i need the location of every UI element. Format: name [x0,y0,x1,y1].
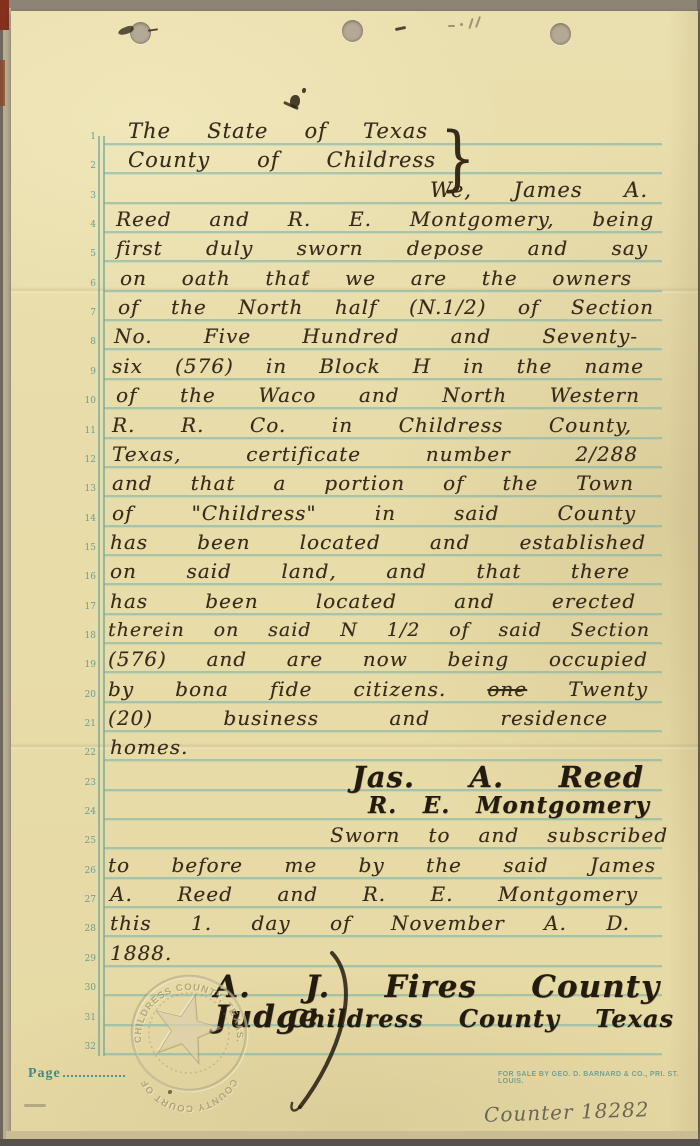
manuscript-line-21: (20) business and residence [108,703,608,733]
line-number-2: 2 [74,161,96,171]
manuscript-line-26: to before me by the said James [108,850,656,880]
punch-hole-3 [550,23,571,45]
manuscript-line-18: therein on said N 1/2 of said Section [108,615,650,645]
manuscript-line-7: of the North half (N.1/2) of Section [118,292,654,322]
manuscript-line-19: (576) and are now being occupied [108,644,648,674]
manuscript-line-15: has been located and established [110,527,646,557]
scanned-document: 1234567891011121314151617181920212223242… [0,0,700,1146]
line-number-12: 12 [74,455,96,465]
manuscript-text: Twenty [527,677,648,701]
page-label: Page [28,1066,125,1082]
line-number-28: 28 [74,924,96,934]
faint-pencil-marks [448,25,455,27]
manuscript-line-25: Sworn to and subscribed [330,820,668,850]
manuscript-line-14: of "Childress" in said County [112,498,636,528]
line-number-20: 20 [74,690,96,700]
line-number-21: 21 [74,719,96,729]
manuscript-line-13: and that a portion of the Town [112,468,634,498]
line-number-6: 6 [74,279,96,289]
line-number-4: 4 [74,220,96,230]
signature-jas-a-reed: Jas. A. Reed [352,762,644,792]
line-number-25: 25 [74,836,96,846]
manuscript-line-6: on oath that we are the owners [120,263,632,293]
pencil-smudge [24,1104,46,1107]
manuscript-line-27: A. Reed and R. E. Montgomery [110,879,638,909]
manuscript-line-16: on said land, and that there [110,556,630,586]
manuscript-line-22: homes. [110,732,188,762]
embossed-county-seal: CHILDRESS COUNTY, TEXAS. CHILDRESS COUNT… [104,950,274,1120]
line-number-16: 16 [74,572,96,582]
manuscript-line-12: Texas, certificate number 2/288 [112,439,638,469]
punch-hole-2 [342,20,363,42]
manuscript-line-4: Reed and R. E. Montgomery, being [116,204,654,234]
line-number-26: 26 [74,866,96,876]
margin-rule-inner [103,136,105,1056]
manuscript-line-8: No. Five Hundred and Seventy- [114,321,638,351]
header-brace: } [440,118,476,199]
line-number-31: 31 [74,1013,96,1023]
backing-edge-bottom [0,1139,700,1146]
paper-curl-shadow [668,11,698,1132]
manuscript-line-1: The State of Texas [128,116,428,146]
line-number-7: 7 [74,308,96,318]
line-number-14: 14 [74,514,96,524]
svg-text:COUNTY COURT OF: COUNTY COURT OF [139,1077,240,1114]
red-binding-corner [0,0,9,30]
printer-credit: FOR SALE BY GEO. D. BARNARD & CO., PRI. … [498,1071,700,1085]
line-number-23: 23 [74,778,96,788]
second-sheet-edge-bottom [6,1131,698,1139]
line-number-27: 27 [74,895,96,905]
line-number-9: 9 [74,367,96,377]
line-number-24: 24 [74,807,96,817]
line-number-5: 5 [74,249,96,259]
line-number-17: 17 [74,602,96,612]
seal-arc-bottom-text: COUNTY COURT OF [139,1077,240,1114]
manuscript-line-20: by bona fide citizens. one Twenty [108,674,648,704]
line-number-32: 32 [74,1042,96,1052]
manuscript-line-9: six (576) in Block H in the name [112,351,644,381]
line-number-22: 22 [74,748,96,758]
second-sheet-edge-left [3,8,11,1139]
manuscript-line-11: R. R. Co. in Childress County, [112,410,632,440]
margin-rule-outer [98,136,100,1056]
faint-pencil-marks [460,23,463,26]
manuscript-line-10: of the Waco and North Western [116,380,640,410]
signature-r-e-montgomery: R. E. Montgomery [368,791,650,821]
manuscript-line-28: this 1. day of November A. D. [110,908,630,938]
punch-hole-1 [130,22,151,44]
line-number-13: 13 [74,484,96,494]
line-number-10: 10 [74,396,96,406]
line-number-18: 18 [74,631,96,641]
star-icon [156,995,222,1063]
page-number-blank [63,1075,125,1077]
manuscript-line-5: first duly sworn depose and say [116,233,648,263]
struck-out-word: one [487,677,527,701]
red-binding-edge [0,60,5,106]
line-number-15: 15 [74,543,96,553]
line-number-29: 29 [74,954,96,964]
line-number-3: 3 [74,191,96,201]
line-number-8: 8 [74,337,96,347]
manuscript-line-17: has been located and erected [110,586,636,616]
line-number-19: 19 [74,660,96,670]
line-number-30: 30 [74,983,96,993]
manuscript-text: by bona fide citizens. [108,677,487,701]
manuscript-line-2: County of Childress [128,145,436,175]
signature-flourish [270,945,390,1120]
line-number-11: 11 [74,426,96,436]
line-number-1: 1 [74,132,96,142]
